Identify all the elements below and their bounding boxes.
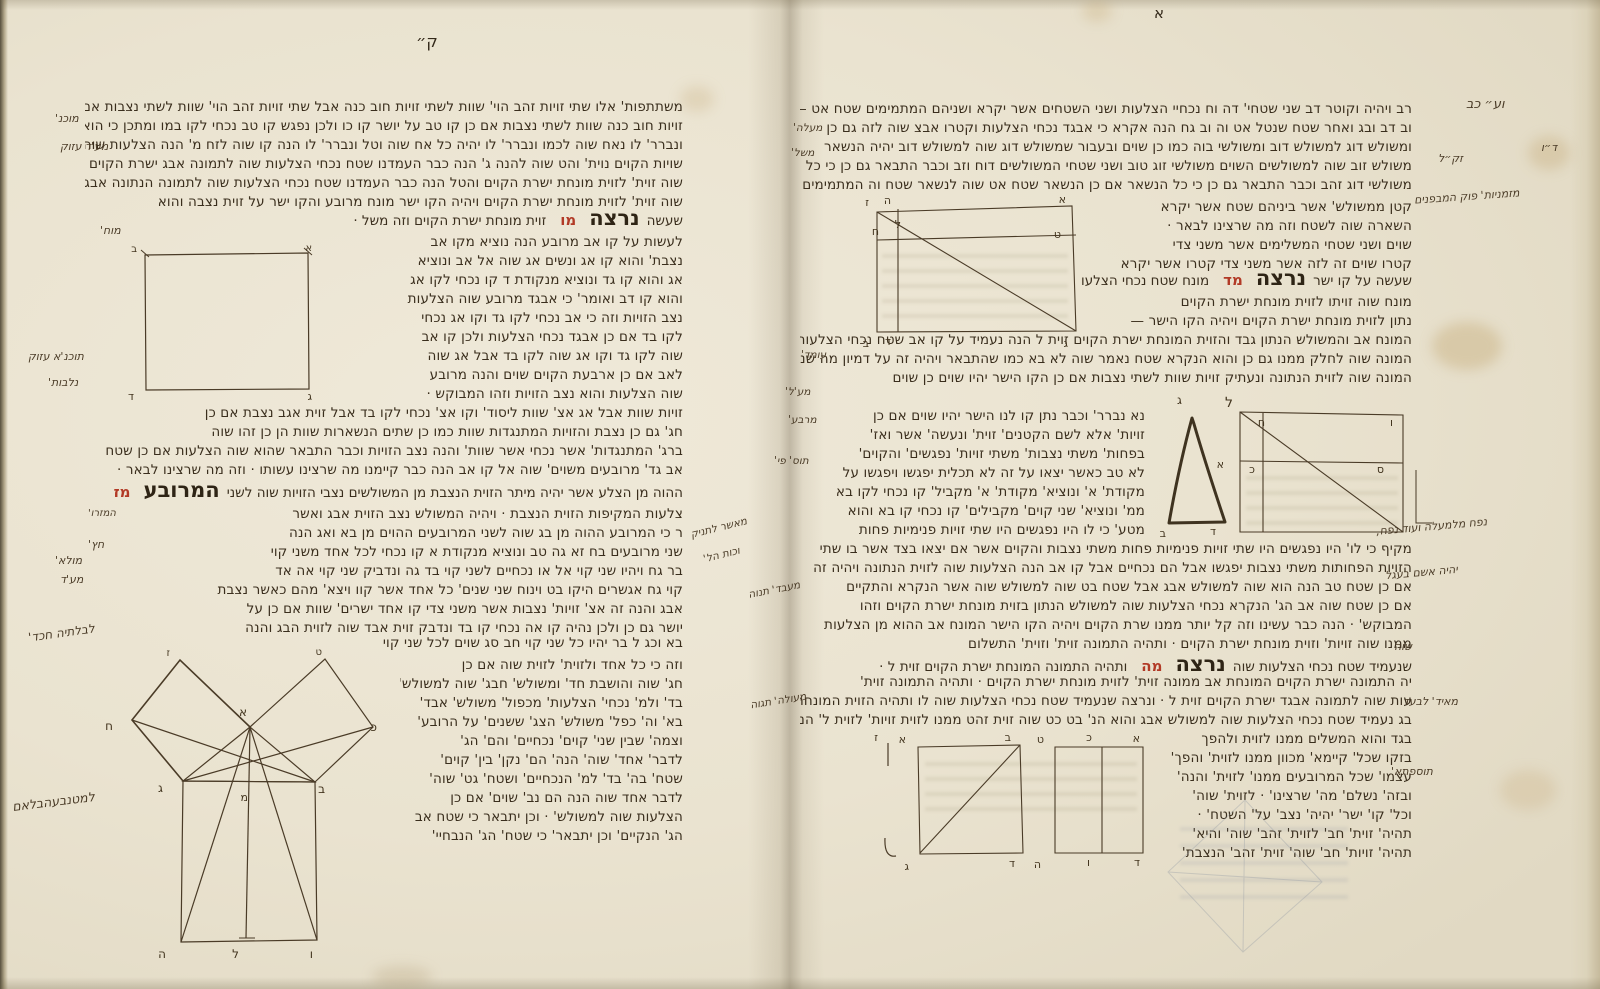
diagram-label: ט	[316, 647, 322, 658]
diagram-rectangle-prop43	[877, 206, 1076, 332]
diagram-rectangle-prop43-labels: זהאחלטבדג	[863, 193, 1069, 350]
diagram-label: ו	[1087, 856, 1090, 869]
diagram-label: ל	[232, 947, 239, 961]
diagram-label: ח	[872, 225, 879, 238]
diagram-segment-prop45	[885, 743, 896, 856]
diagram-label: ל	[1225, 395, 1233, 411]
diagram-label: א	[1133, 732, 1140, 745]
diagram-label: א	[1217, 458, 1224, 471]
diagram-label: א	[1059, 193, 1066, 206]
diagram-label: ז	[874, 731, 878, 744]
diagram-label: ט	[1037, 733, 1044, 746]
diagram-label: ד	[1134, 856, 1140, 869]
diagram-label: ד	[128, 390, 134, 403]
diagram-label: ז	[865, 196, 869, 209]
diagram-label: כ	[1249, 463, 1255, 476]
diagram-segment-prop45-labels: ז	[874, 731, 878, 744]
diagram-label: ג	[1177, 393, 1182, 407]
diagram-label: ד	[1210, 525, 1216, 538]
diagram-label: ב	[318, 782, 325, 796]
diagram-label: א	[305, 243, 312, 254]
diagram-label: ב	[131, 244, 137, 255]
diagram-label: ה	[1034, 858, 1041, 871]
pencil-kite-showthrough	[1168, 800, 1322, 952]
diagram-label: ח	[1258, 416, 1265, 429]
diagram-label: ה	[884, 194, 891, 207]
diagram-label: כ	[371, 720, 377, 734]
diagram-label: ג	[1063, 337, 1068, 350]
diagram-label: ח	[105, 719, 113, 733]
diagram-label: ד	[885, 335, 891, 348]
diagram-label: ל	[895, 218, 901, 231]
diagram-square-diagonal-prop45	[918, 745, 1023, 854]
diagram-label: כ	[1086, 731, 1092, 744]
diagram-label: א	[239, 705, 247, 719]
diagram-square-prop46	[141, 248, 312, 390]
diagram-label: ה	[158, 947, 166, 961]
diagram-label: ד	[1009, 857, 1015, 870]
diagram-label: ו	[310, 947, 313, 961]
diagram-label: ב	[1005, 731, 1011, 744]
diagram-square-prop46-labels: באדג	[128, 243, 312, 403]
diagram-divided-square-prop45	[1055, 747, 1143, 853]
diagram-parallelogram-prop44	[1240, 412, 1432, 532]
diagram-label: א	[899, 733, 906, 746]
diagram-pythagoras-prop47	[132, 659, 373, 942]
diagram-square-diagonal-prop45-labels: אבגד	[899, 731, 1015, 873]
diagram-label: ז	[167, 648, 171, 659]
diagram-parallelogram-prop44-labels: לחוכסא	[1217, 395, 1393, 476]
diagram-label: מ	[241, 791, 248, 804]
diagram-strokes-layer: באדג אגבמהלוחכזט זהאחלטבדג גבד לחוכסא	[0, 0, 1600, 989]
diagram-label: ס	[1377, 463, 1384, 476]
diagram-label: ט	[1054, 228, 1061, 241]
diagram-label: ו	[1390, 416, 1393, 429]
diagram-label: ג	[158, 781, 163, 795]
diagram-label: ב	[863, 337, 869, 350]
diagram-label: ג	[307, 390, 312, 403]
diagram-pythagoras-labels: אגבמהלוחכזט	[105, 647, 377, 961]
diagram-label: ג	[904, 860, 909, 873]
diagram-divided-square-prop45-labels: טכאהוד	[1034, 731, 1140, 871]
manuscript-scan: { "folio": { "left_mark": "ק״", "right_m…	[0, 0, 1600, 989]
diagram-label: ב	[1160, 527, 1166, 540]
